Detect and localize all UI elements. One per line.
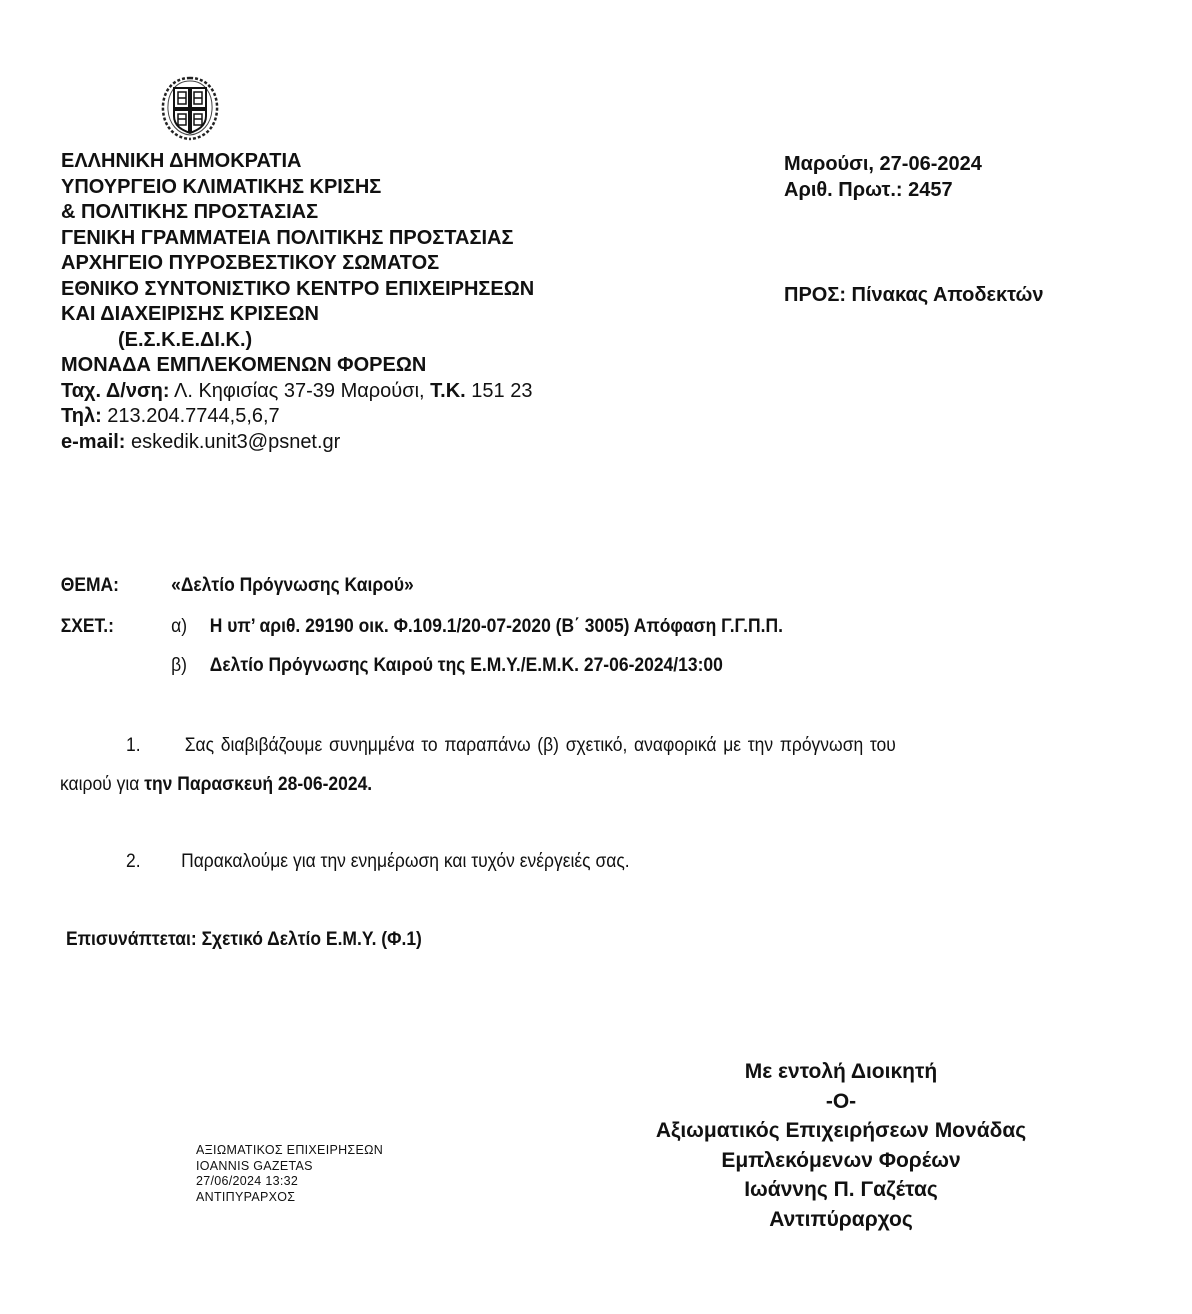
email-line: e-mail: eskedik.unit3@psnet.gr (61, 430, 534, 456)
signature-line: Ιωάννης Π. Γαζέτας (596, 1175, 1086, 1205)
subject-row: ΘΕΜΑ: «Δελτίο Πρόγνωσης Καιρού» (0, 575, 1097, 601)
signature-line: Εμπλεκόμενων Φορέων (596, 1146, 1086, 1176)
email-label: e-mail: (61, 431, 125, 453)
paragraph-text: καιρού για (60, 774, 144, 795)
header-line: ΑΡΧΗΓΕΙΟ ΠΥΡΟΣΒΕΣΤΙΚΟΥ ΣΩΜΑΤΟΣ (61, 251, 534, 277)
reference-marker: α) (171, 616, 187, 638)
paragraph-2: 2.Παρακαλούμε για την ενημέρωση και τυχό… (126, 851, 630, 873)
address-street: Λ. Κηφισίας 37-39 Μαρούσι, (170, 380, 431, 402)
reference-text: Δελτίο Πρόγνωσης Καιρού της Ε.Μ.Υ./Ε.Μ.Κ… (210, 655, 723, 677)
paragraph-text: Σας διαβιβάζουμε συνημμένα το παραπάνω (… (185, 735, 896, 756)
reference-marker: β) (171, 655, 187, 677)
header-line: ΥΠΟΥΡΓΕΙΟ ΚΛΙΜΑΤΙΚΗΣ ΚΡΙΣΗΣ (61, 175, 534, 201)
paragraph-text: Παρακαλούμε για την ενημέρωση και τυχόν … (181, 851, 630, 872)
signature-line: Αξιωματικός Επιχειρήσεων Μονάδας (596, 1116, 1086, 1146)
signature-line: Αντιπύραρχος (596, 1205, 1086, 1235)
digital-signature-stamp: ΑΞΙΩΜΑΤΙΚΟΣ ΕΠΙΧΕΙΡΗΣΕΩΝ IOANNIS GAZETAS… (196, 1143, 383, 1205)
address-line: Ταχ. Δ/νση: Λ. Κηφισίας 37-39 Μαρούσι, Τ… (61, 379, 534, 405)
phone-value: 213.204.7744,5,6,7 (102, 405, 280, 427)
signature-line: Με εντολή Διοικητή (596, 1057, 1086, 1087)
attachment-note: Επισυνάπτεται: Σχετικό Δελτίο Ε.Μ.Υ. (Φ.… (66, 929, 422, 951)
document-meta: Μαρούσι, 27-06-2024 Αριθ. Πρωτ.: 2457 (784, 151, 982, 203)
phone-line: Τηλ: 213.204.7744,5,6,7 (61, 404, 534, 430)
paragraph-1-line-1: 1.Σας διαβιβάζουμε συνημμένα το παραπάνω… (126, 735, 896, 757)
stamp-line: IOANNIS GAZETAS (196, 1159, 383, 1175)
stamp-line: ΑΞΙΩΜΑΤΙΚΟΣ ΕΠΙΧΕΙΡΗΣΕΩΝ (196, 1143, 383, 1159)
header-unit: ΜΟΝΑΔΑ ΕΜΠΛΕΚΟΜΕΝΩΝ ΦΟΡΕΩΝ (61, 353, 534, 379)
header-line: & ΠΟΛΙΤΙΚΗΣ ΠΡΟΣΤΑΣΙΑΣ (61, 200, 534, 226)
address-label: Ταχ. Δ/νση: (61, 380, 170, 402)
stamp-line: ΑΝΤΙΠΥΡΑΡΧΟΣ (196, 1190, 383, 1206)
header-line: ΚΑΙ ΔΙΑΧΕΙΡΙΣΗΣ ΚΡΙΣΕΩΝ (61, 302, 534, 328)
header-line: ΕΛΛΗΝΙΚΗ ΔΗΜΟΚΡΑΤΙΑ (61, 149, 534, 175)
postal-code: 151 23 (466, 380, 533, 402)
reference-row-a: ΣΧΕΤ.: α) Η υπ’ αριθ. 29190 οικ. Φ.109.1… (0, 616, 1097, 642)
recipients: ΠΡΟΣ: Πίνακας Αποδεκτών (784, 284, 1044, 307)
paragraph-number: 2. (126, 851, 141, 872)
reference-text: Η υπ’ αριθ. 29190 οικ. Φ.109.1/20-07-202… (210, 616, 783, 638)
greek-state-emblem-icon (157, 72, 223, 144)
header-line: ΓΕΝΙΚΗ ΓΡΑΜΜΑΤΕΙΑ ΠΟΛΙΤΙΚΗΣ ΠΡΟΣΤΑΣΙΑΣ (61, 226, 534, 252)
subject-text: «Δελτίο Πρόγνωσης Καιρού» (171, 575, 414, 597)
postal-label: Τ.Κ. (430, 380, 466, 402)
phone-label: Τηλ: (61, 405, 102, 427)
place-date: Μαρούσι, 27-06-2024 (784, 151, 982, 177)
paragraph-1-line-2: καιρού για την Παρασκευή 28-06-2024. (60, 774, 372, 796)
paragraph-number: 1. (126, 735, 141, 756)
email-value[interactable]: eskedik.unit3@psnet.gr (125, 431, 340, 453)
header-abbreviation: (Ε.Σ.Κ.Ε.ΔΙ.Κ.) (61, 328, 534, 354)
stamp-line: 27/06/2024 13:32 (196, 1174, 383, 1190)
paragraph-date-emphasis: την Παρασκευή 28-06-2024. (144, 774, 372, 795)
protocol-number: Αριθ. Πρωτ.: 2457 (784, 177, 982, 203)
references-label: ΣΧΕΤ.: (61, 616, 114, 638)
header-line: ΕΘΝΙΚΟ ΣΥΝΤΟΝΙΣΤΙΚΟ ΚΕΝΤΡΟ ΕΠΙΧΕΙΡΗΣΕΩΝ (61, 277, 534, 303)
reference-row-b: β) Δελτίο Πρόγνωσης Καιρού της Ε.Μ.Υ./Ε.… (0, 655, 1097, 681)
issuer-header: ΕΛΛΗΝΙΚΗ ΔΗΜΟΚΡΑΤΙΑ ΥΠΟΥΡΓΕΙΟ ΚΛΙΜΑΤΙΚΗΣ… (61, 149, 534, 455)
signature-block: Με εντολή Διοικητή -Ο- Αξιωματικός Επιχε… (596, 1057, 1086, 1234)
signature-line: -Ο- (596, 1087, 1086, 1117)
subject-label: ΘΕΜΑ: (61, 575, 119, 597)
